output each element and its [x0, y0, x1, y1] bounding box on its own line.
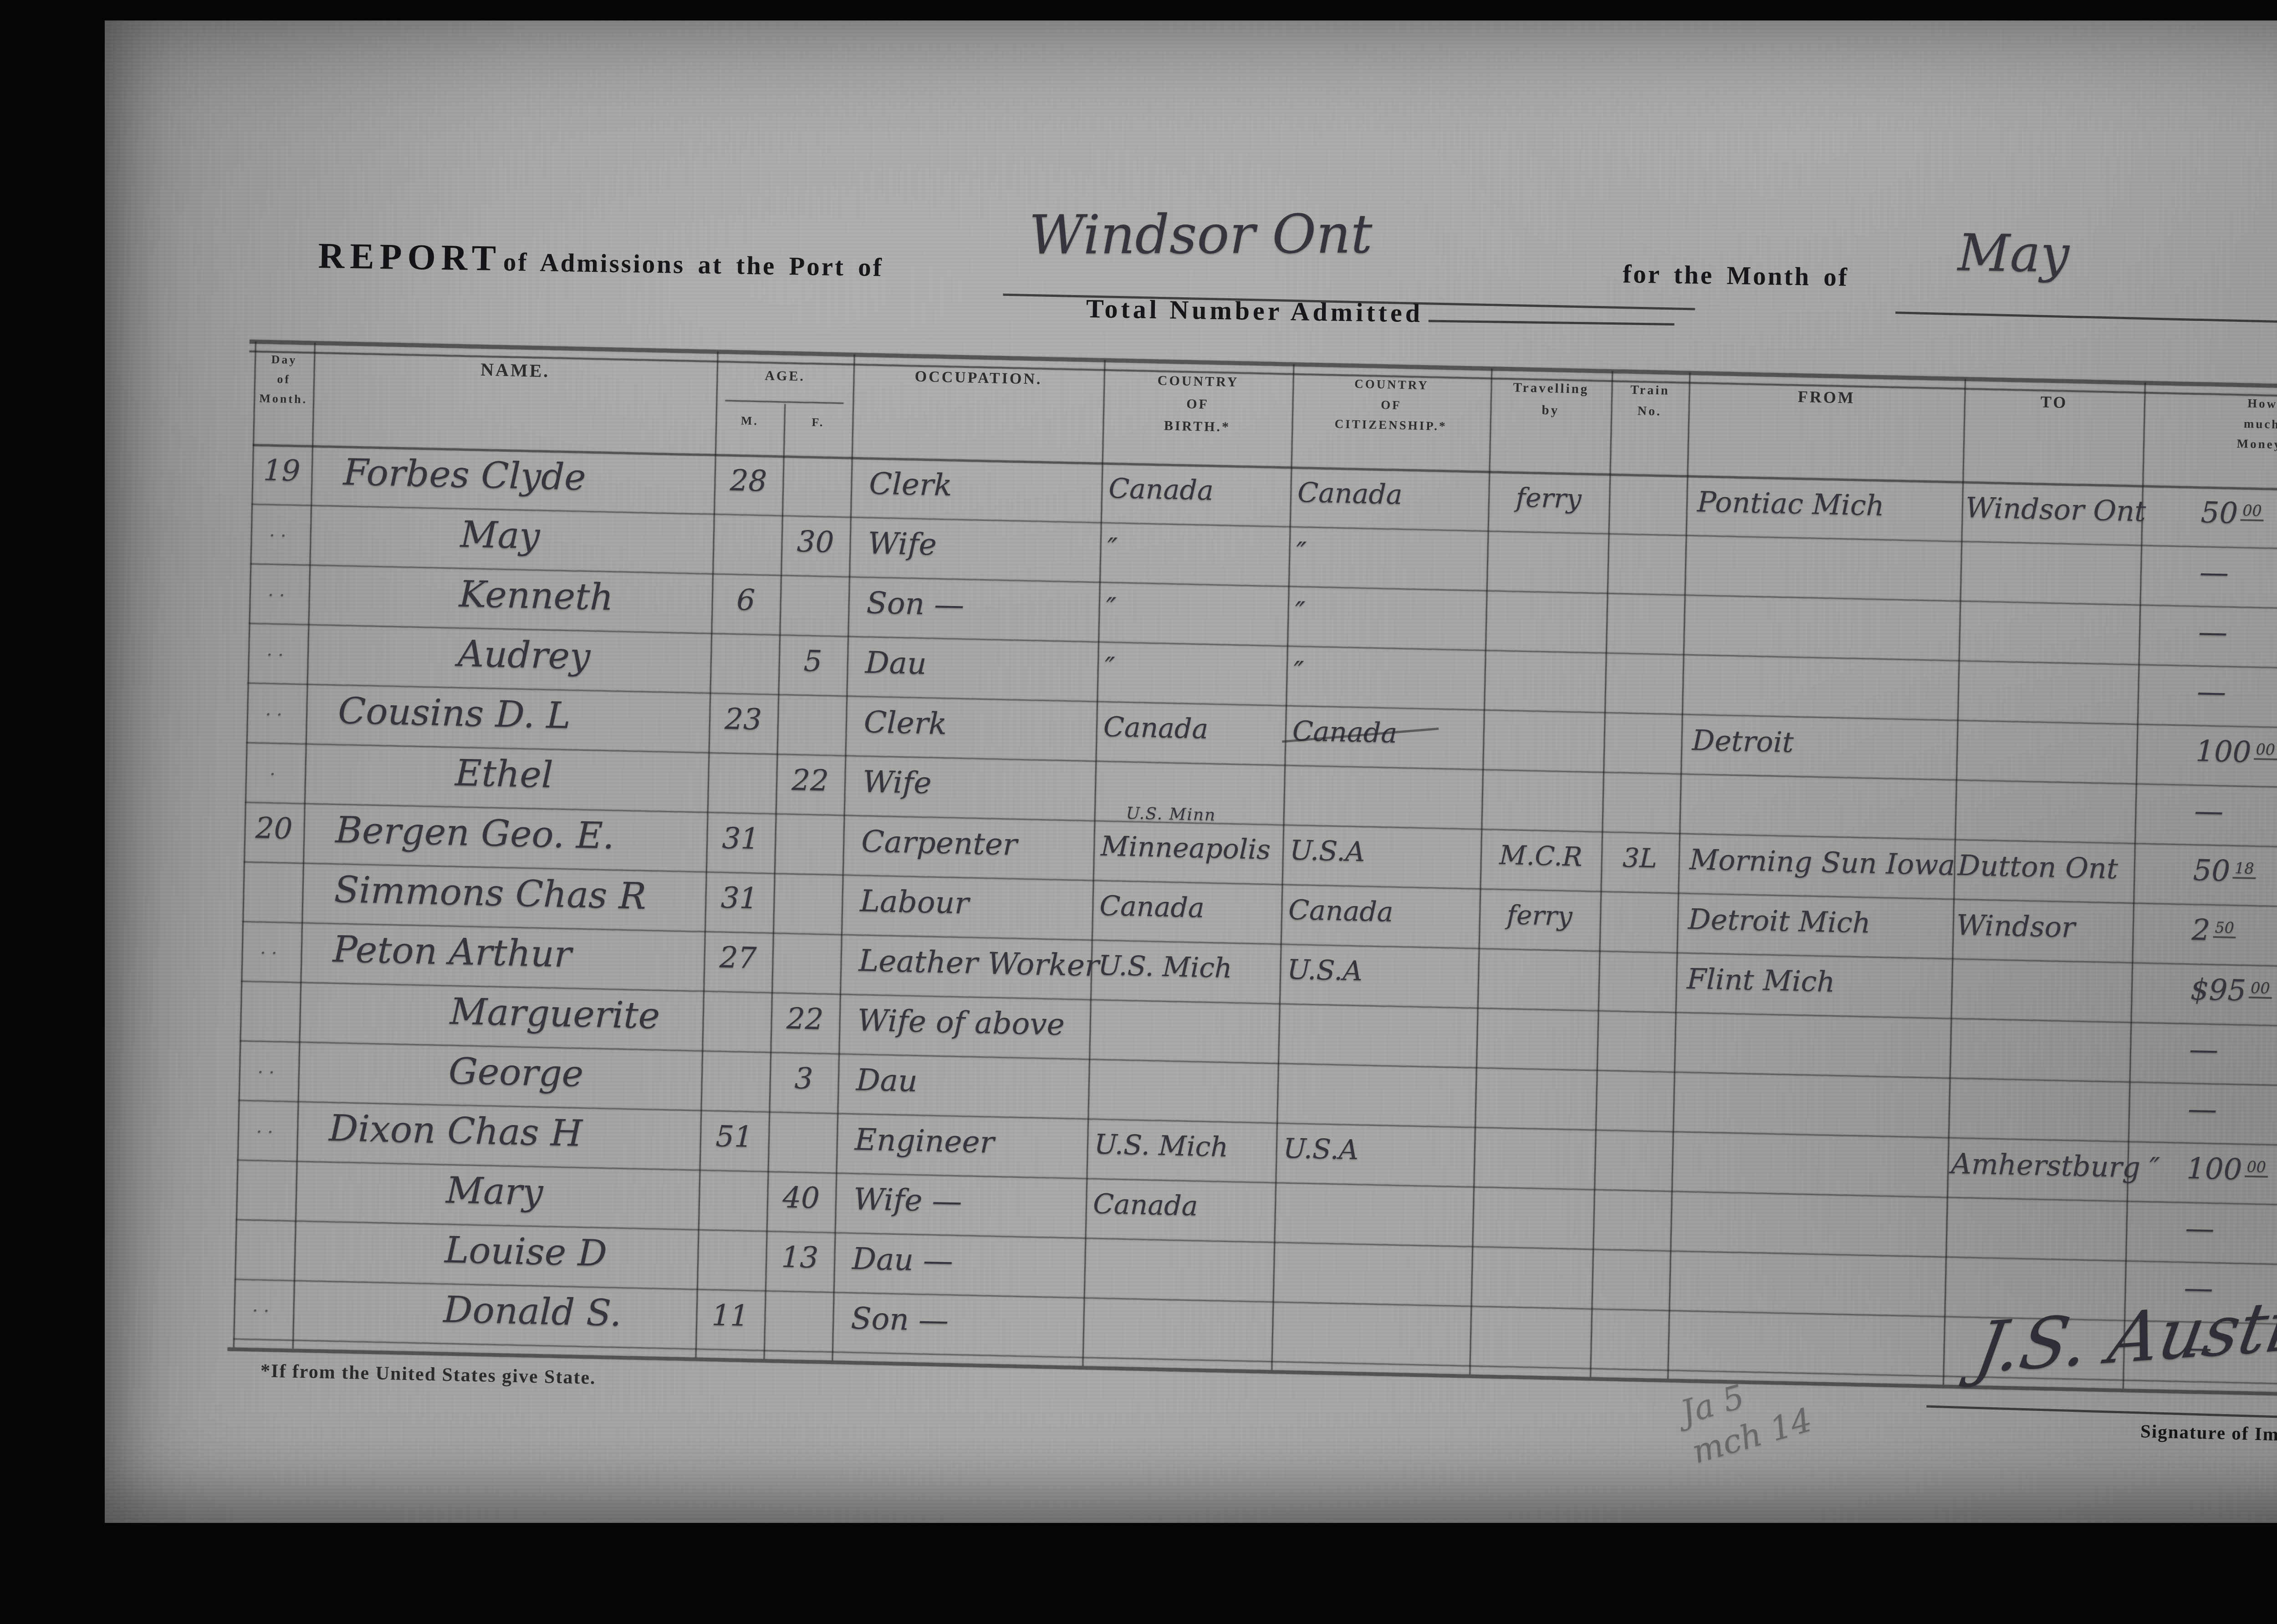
cell-age_m: 31 [706, 808, 776, 869]
cell-travelling: ferry [1488, 467, 1610, 529]
cell-age_m: 6 [711, 570, 781, 631]
cell-name: Audrey [307, 621, 711, 689]
total-admitted-label: Total Number Admitted [1086, 294, 1424, 328]
cell-to: Windsor [1952, 895, 2134, 959]
cell-birth: Canada [1096, 697, 1286, 761]
cell-citizenship: Canada [1284, 702, 1484, 765]
cell-name: Marguerite [299, 978, 704, 1047]
cell-occupation: Dau — [833, 1228, 1085, 1293]
signature-label: Signature of Immigration Inspector. [2140, 1420, 2277, 1449]
cell-travelling: M.C.R [1480, 825, 1602, 887]
cell-age_m: 11 [695, 1285, 765, 1346]
cell-money: 5018 [2133, 839, 2277, 904]
cell-citizenship: U.S.A [1275, 1119, 1475, 1182]
col-header-day: DayofMonth. [254, 350, 314, 409]
col-header-train: TrainNo. [1611, 379, 1689, 423]
cell-name: Cousins D. L [306, 680, 710, 748]
col-header-birth: COUNTRYOFBIRTH.* [1103, 368, 1293, 440]
cell-money: 10000 [2127, 1137, 2277, 1202]
cell-train: 3L [1601, 828, 1680, 889]
cell-occupation: Clerk [845, 692, 1097, 757]
cell-age_f: 13 [765, 1227, 835, 1288]
cell-birth: U.S. Mich [1090, 936, 1281, 999]
cell-birth: U.S. Mich [1087, 1115, 1277, 1178]
cell-occupation: Leather Worker [840, 930, 1092, 995]
col-header-occupation: OCCUPATION. [853, 363, 1104, 394]
cell-money: — [2137, 660, 2277, 725]
cell-occupation: Dau [847, 632, 1098, 697]
cell-birth: ″ [1099, 519, 1290, 582]
cell-citizenship: ″ [1286, 642, 1485, 706]
cell-age_m: 27 [703, 927, 773, 988]
cell-day: . [245, 738, 306, 799]
col-header-name: NAME. [313, 351, 717, 390]
cell-birth: ″ [1098, 578, 1288, 642]
cell-name: George [298, 1038, 702, 1106]
cell-day: 19 [251, 440, 312, 501]
port-handwritten: Windsor Ont [1029, 203, 1373, 266]
cell-name: Ethel [304, 740, 709, 808]
cell-money: — [2134, 779, 2277, 844]
cell-money: — [2140, 541, 2277, 606]
cell-from: Flint Mich [1675, 948, 1952, 1014]
cell-name: Bergen Geo. E. [303, 799, 707, 868]
col-header-age: AGE. [716, 363, 853, 389]
cell-occupation: Dau [837, 1049, 1089, 1115]
month-handwritten: May [1957, 223, 2070, 284]
cell-money: 250 [2132, 899, 2277, 963]
admissions-table: DayofMonth.NAME.OCCUPATION.COUNTRYOFBIRT… [233, 341, 2277, 1413]
signature-underline [1926, 1405, 2277, 1423]
cell-name: Mary [295, 1157, 699, 1225]
cell-age_f: 22 [770, 988, 840, 1049]
cell-from: Morning Sun Iowa [1678, 829, 1955, 895]
cell-name: Donald S. [292, 1276, 697, 1344]
cell-occupation: Labour [841, 871, 1093, 936]
cell-name: Simmons Chas R [301, 859, 706, 927]
cell-money: — [2128, 1078, 2277, 1142]
cell-money: $9500 [2131, 958, 2277, 1023]
col-header-to: TO [1964, 387, 2144, 418]
cell-money: — [2125, 1197, 2277, 1262]
report-title-line: REPORT of Admissions at the Port of [318, 235, 884, 285]
cell-birth: Canada [1092, 876, 1282, 940]
cell-to: Windsor Ont [1961, 478, 2143, 541]
report-title-rest: of Admissions at the Port of [503, 248, 883, 282]
cell-citizenship: Canada [1290, 463, 1489, 527]
cell-citizenship: Canada [1281, 880, 1480, 944]
cell-day: .. [246, 679, 307, 740]
cell-money: — [2129, 1018, 2277, 1083]
cell-citizenship: U.S.A [1282, 820, 1481, 884]
cell-age_f: 30 [781, 511, 850, 572]
cell-day: .. [239, 1037, 299, 1098]
cell-name: Forbes Clyde [311, 442, 715, 510]
cell-occupation: Engineer [836, 1109, 1088, 1174]
cell-travelling: ferry [1479, 885, 1601, 947]
cell-occupation: Clerk [850, 453, 1102, 519]
cell-from: Detroit [1680, 710, 1957, 776]
cell-day: .. [237, 1096, 298, 1157]
cell-name: Louise D [294, 1217, 698, 1285]
cell-age_f: 3 [769, 1048, 839, 1109]
cell-age_m: 31 [705, 868, 774, 929]
cell-name: Dixon Chas H [296, 1097, 701, 1166]
cell-occupation: Wife of above [838, 990, 1090, 1055]
cell-birth: ″ [1097, 638, 1287, 702]
cell-occupation: Wife [849, 513, 1101, 578]
age-subrule [725, 400, 843, 404]
cell-age_f: 5 [778, 631, 848, 692]
cell-age_m: 51 [699, 1106, 769, 1167]
cell-money: 5000 [2141, 481, 2277, 546]
cell-citizenship: U.S.A [1279, 940, 1479, 1003]
month-label: for the Month of [1623, 259, 1849, 292]
cell-from: Pontiac Mich [1686, 472, 1963, 537]
cell-birth: Canada [1085, 1174, 1276, 1238]
cell-occupation: Son — [832, 1288, 1084, 1353]
total-admitted-blank [1429, 320, 1675, 326]
cell-birth: U.S. MinnMinneapolis [1093, 816, 1283, 880]
col-header-from: FROM [1689, 381, 1965, 414]
month-underline [1895, 311, 2277, 324]
cell-day: .. [233, 1275, 294, 1336]
cell-occupation: Wife — [835, 1169, 1087, 1234]
cell-to: Dutton Ont [1953, 835, 2134, 899]
col-header-travelling: Travellingby [1490, 377, 1612, 423]
col-header-age-f: F. [784, 412, 853, 433]
cell-age_f: 40 [766, 1167, 836, 1228]
cell-citizenship: ″ [1287, 582, 1486, 646]
cell-age_f: 22 [776, 750, 845, 811]
cell-day: .. [241, 917, 302, 978]
col-header-age-m: M. [715, 411, 784, 432]
cell-birth: Canada [1101, 459, 1291, 523]
col-header-money: HowmuchMoney. [2143, 391, 2277, 457]
cell-name: Peton Arthur [301, 919, 705, 987]
cell-money: 10000 [2136, 720, 2277, 784]
cell-occupation: Carpenter [842, 811, 1094, 876]
scanned-ledger-page: REPORT of Admissions at the Port of Wind… [105, 20, 2277, 1523]
cell-day: .. [250, 500, 311, 561]
cell-age_m: 23 [709, 689, 778, 750]
cell-occupation: Son — [847, 573, 1099, 638]
cell-age_m: 28 [714, 450, 783, 511]
cell-day: .. [249, 560, 310, 621]
cell-to: Amherstburg ″ [1947, 1134, 2128, 1197]
cell-citizenship: ″ [1288, 523, 1488, 586]
cell-from: Detroit Mich [1677, 889, 1954, 954]
cell-money: — [2139, 601, 2277, 665]
cell-day: .. [248, 619, 308, 680]
cell-occupation: Wife [844, 751, 1096, 816]
cell-name: May [310, 501, 714, 570]
report-title-word: REPORT [318, 236, 502, 279]
cell-day: 20 [244, 798, 304, 859]
col-header-citizenship: COUNTRYOFCITIZENSHIP.* [1292, 372, 1491, 438]
cell-name: Kenneth [308, 561, 713, 629]
